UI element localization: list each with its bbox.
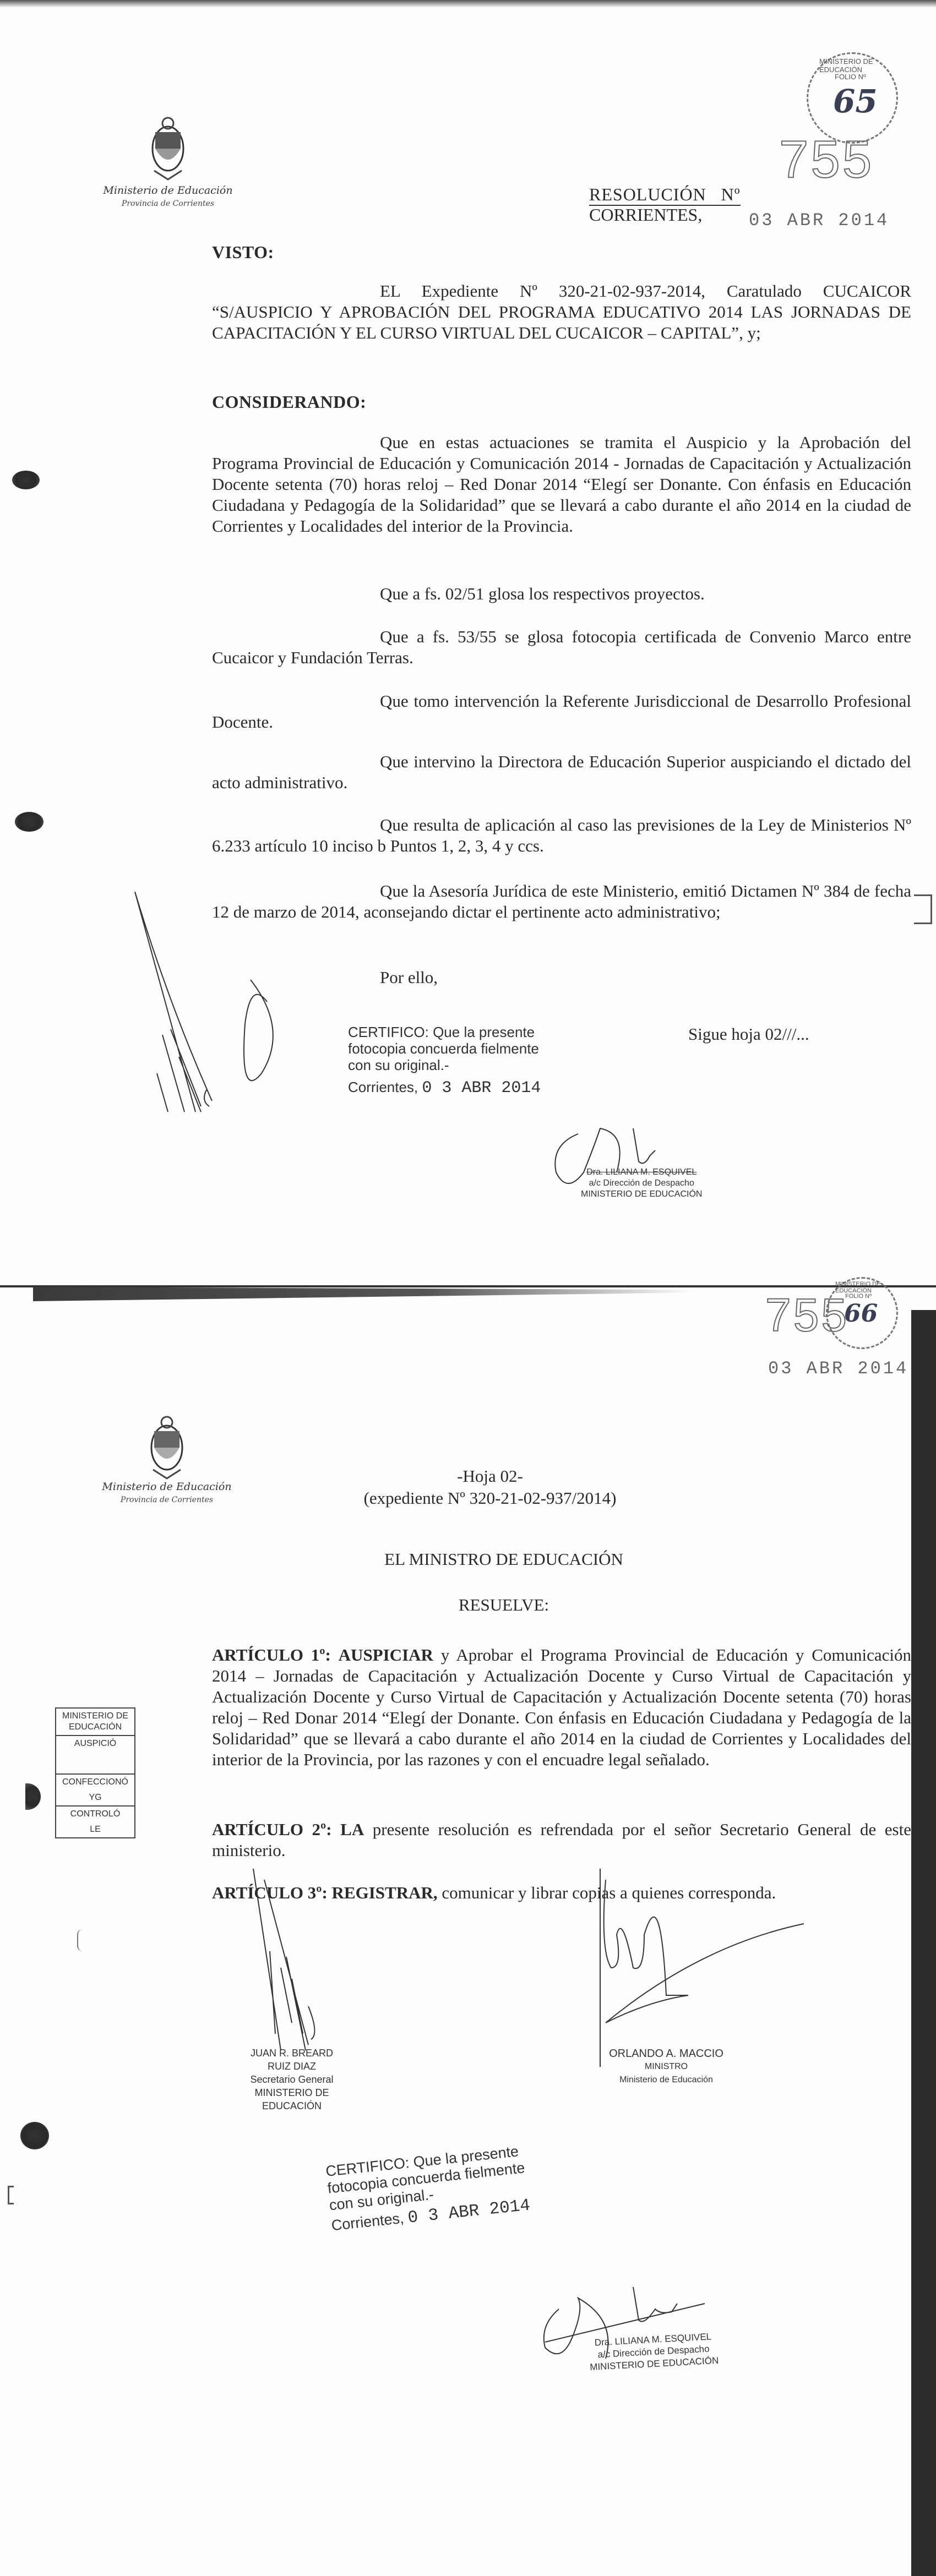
- scan-shadow: [33, 1287, 694, 1301]
- signature-icon: [118, 892, 306, 1123]
- resolution-label: RESOLUCIÓN Nº: [589, 184, 741, 206]
- certification-stamp: CERTIFICO: Que la presente fotocopia con…: [325, 2142, 531, 2235]
- margin-mark: [77, 1929, 84, 1951]
- considerando-heading: CONSIDERANDO:: [212, 392, 366, 412]
- considerando-paragraph: Que tomo intervención la Referente Juris…: [212, 691, 911, 733]
- certification-stamp: CERTIFICO: Que la presente fotocopia con…: [348, 1024, 541, 1096]
- control-box-auspicio: AUSPICIÓ: [56, 1736, 134, 1775]
- resolution-number: 755: [779, 129, 874, 190]
- visto-text: EL Expediente Nº 320-21-02-937-2014, Car…: [212, 281, 911, 343]
- margin-mark: [8, 2186, 14, 2204]
- folio-number: 65: [833, 83, 878, 120]
- certifier-name: Dra. LILIANA M. ESQUIVEL: [581, 1167, 702, 1178]
- signatory-minister: ORLANDO A. MACCIO MINISTRO Ministerio de…: [603, 2047, 730, 2087]
- signatory-org: Ministerio de Educación: [603, 2073, 730, 2087]
- considerando-paragraph: Que a fs. 53/55 se glosa fotocopia certi…: [212, 626, 911, 668]
- scan-edge: [0, 0, 936, 8]
- certifier-block: Dra. LILIANA M. ESQUIVEL a/c Dirección d…: [581, 1167, 702, 1200]
- punch-hole-icon: [15, 812, 43, 832]
- resolution-date: 03 ABR 2014: [768, 1358, 908, 1379]
- ministry-province: Provincia de Corrientes: [96, 199, 240, 208]
- folio-number: 66: [844, 1300, 878, 1328]
- signatory-role: MINISTRO: [603, 2060, 730, 2073]
- considerando-paragraph: Que resulta de aplicación al caso las pr…: [212, 815, 911, 856]
- ministry-name: Ministerio de Educación: [96, 184, 240, 197]
- coat-of-arms-icon: [149, 116, 187, 182]
- punch-hole-icon: [12, 471, 40, 489]
- signature-icon: [242, 1869, 341, 2056]
- scan-edge: [0, 1285, 936, 1287]
- control-box-confecciono: CONFECCIONÓYG: [56, 1775, 134, 1807]
- resuelve-heading: RESUELVE:: [0, 1595, 936, 1615]
- certification-date: 0 3 ABR 2014: [422, 1079, 541, 1098]
- certifier-role: a/c Dirección de Despacho: [581, 1178, 702, 1189]
- page-2: MINISTERIO DE EDUCACIÓN FOLIO Nº 66 755 …: [0, 1285, 936, 2576]
- folio-label: FOLIO Nº: [845, 1293, 872, 1300]
- resolution-number: 755: [765, 1289, 849, 1342]
- margin-mark: [914, 894, 932, 924]
- authority-title: EL MINISTRO DE EDUCACIÓN: [0, 1549, 936, 1569]
- punch-hole-icon: [20, 2122, 49, 2149]
- control-box-header: MINISTERIO DE EDUCACIÓN: [56, 1709, 134, 1736]
- city-label: CORRIENTES,: [589, 205, 702, 225]
- folio-label: FOLIO Nº: [835, 73, 866, 81]
- certifier-org: MINISTERIO DE EDUCACIÓN: [581, 1189, 702, 1200]
- signature-icon: [578, 1869, 809, 2067]
- considerando-paragraph: Que intervino la Directora de Educación …: [212, 751, 911, 793]
- signatory-org: MINISTERIO DE EDUCACIÓN: [242, 2086, 341, 2113]
- article-2: ARTÍCULO 2º: LA presente resolución es r…: [212, 1819, 911, 1861]
- control-box-controlo: CONTROLÓLE: [56, 1807, 134, 1837]
- por-ello: Por ello,: [380, 967, 438, 988]
- signatory-name: JUAN R. BREARD RUIZ DIAZ: [242, 2046, 341, 2073]
- continues-note: Sigue hoja 02///...: [688, 1024, 809, 1045]
- signatory-name: ORLANDO A. MACCIO: [603, 2047, 730, 2060]
- signatory-secretary: JUAN R. BREARD RUIZ DIAZ Secretario Gene…: [242, 2046, 341, 2113]
- visto-heading: VISTO:: [212, 242, 274, 263]
- resolution-date: 03 ABR 2014: [749, 210, 889, 231]
- signatory-role: Secretario General: [242, 2073, 341, 2086]
- considerando-paragraph: Que en estas actuaciones se tramita el A…: [212, 432, 911, 537]
- certifier-block: Dra. LILIANA M. ESQUIVEL a/c Dirección d…: [588, 2331, 719, 2373]
- punch-hole-icon: [25, 1783, 41, 1810]
- considerando-paragraph: Que la Asesoría Jurídica de este Ministe…: [212, 881, 911, 923]
- page-1: Ministerio de Educación Provincia de Cor…: [0, 0, 936, 1285]
- control-box: MINISTERIO DE EDUCACIÓN AUSPICIÓ CONFECC…: [55, 1707, 135, 1838]
- considerando-paragraph: Que a fs. 02/51 glosa los respectivos pr…: [212, 583, 911, 604]
- expediente-reference: (expediente Nº 320-21-02-937/2014): [0, 1488, 936, 1509]
- sheet-number: -Hoja 02-: [0, 1466, 936, 1487]
- article-1: ARTÍCULO 1º: AUSPICIAR y Aprobar el Prog…: [212, 1645, 911, 1770]
